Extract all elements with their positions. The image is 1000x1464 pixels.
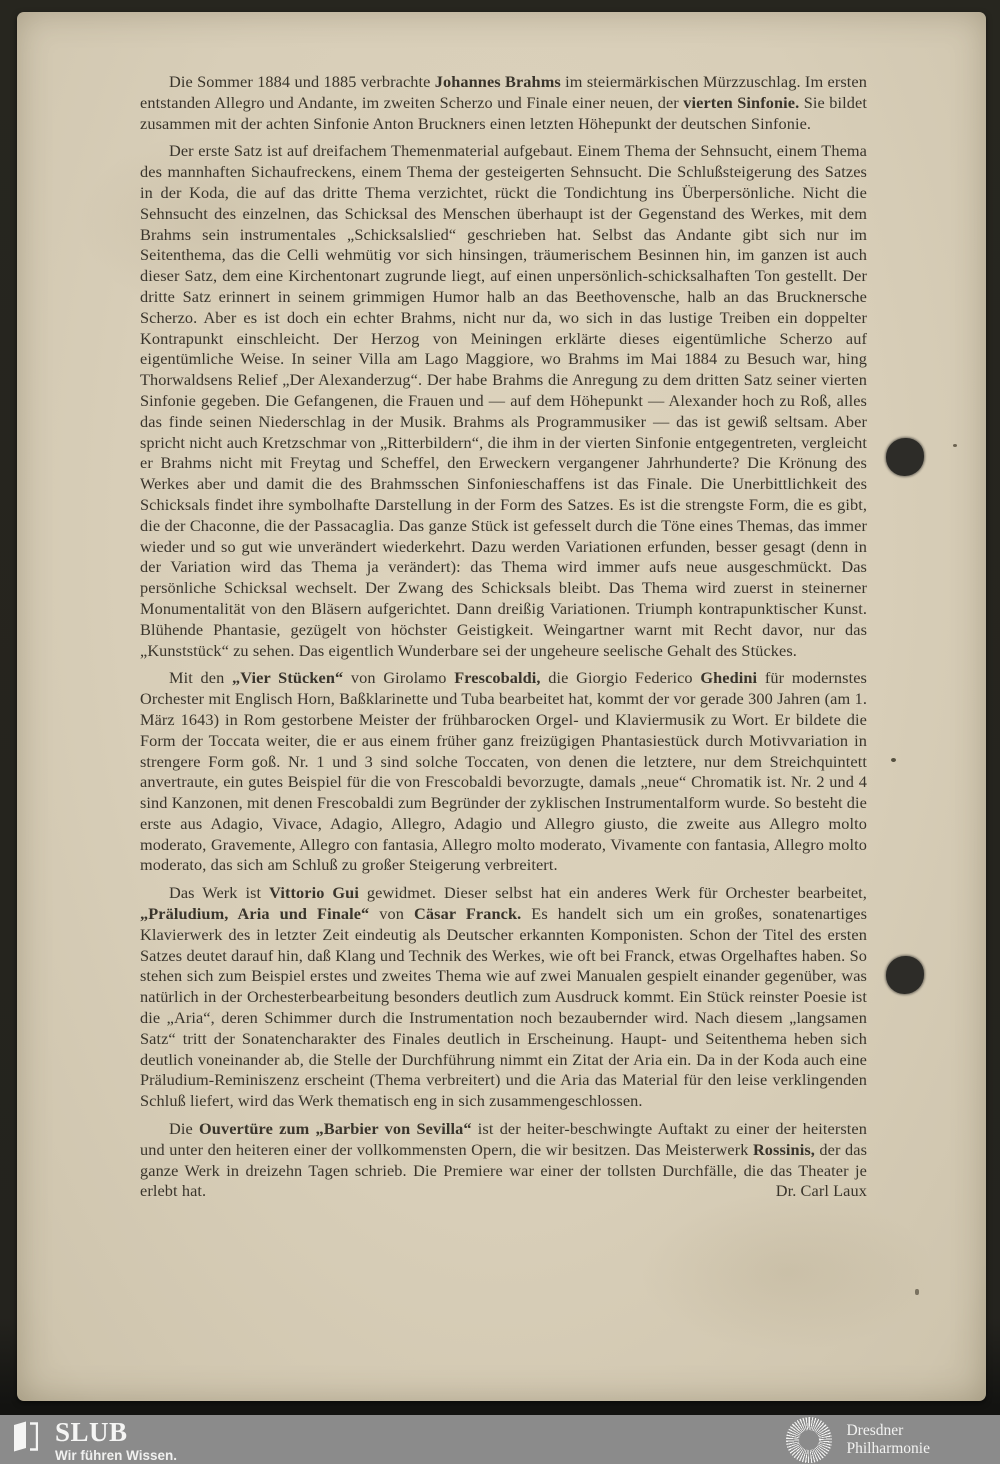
open-book-icon <box>13 1421 38 1452</box>
paragraph-2: Der erste Satz ist auf dreifachem Themen… <box>140 141 867 661</box>
dresdner-philharmonie-logo: Dresdner Philharmonie <box>786 1415 988 1464</box>
punch-hole <box>886 438 924 476</box>
punch-hole <box>886 956 924 994</box>
slub-wordmark: SLUB <box>55 1419 177 1446</box>
paragraph-4: Das Werk ist Vittorio Gui gewidmet. Dies… <box>140 883 867 1112</box>
slub-tagline: Wir führen Wissen. <box>55 1448 177 1463</box>
paragraph-1: Die Sommer 1884 und 1885 verbrachte Joha… <box>140 72 867 134</box>
ink-speck <box>953 444 957 447</box>
document-page: Die Sommer 1884 und 1885 verbrachte Joha… <box>17 12 986 1401</box>
paragraph-3: Mit den „Vier Stücken“ von Girolamo Fres… <box>140 668 867 876</box>
phil-name-line1: Dresdner <box>846 1422 930 1440</box>
slub-logo: SLUB Wir führen Wissen. <box>13 1419 177 1463</box>
scanned-page-view: Die Sommer 1884 und 1885 verbrachte Joha… <box>0 0 1000 1464</box>
ink-speck <box>915 1289 919 1295</box>
ink-speck <box>891 758 896 762</box>
author-signature: Dr. Carl Laux <box>776 1181 867 1202</box>
paragraph-5: Die Ouvertüre zum „Barbier von Sevilla“ … <box>140 1119 867 1202</box>
paper-smudge <box>637 1192 937 1352</box>
viewer-footer-bar: SLUB Wir führen Wissen. Dresdner Philhar… <box>0 1415 1000 1464</box>
starburst-icon <box>786 1417 832 1463</box>
program-notes-text: Die Sommer 1884 und 1885 verbrachte Joha… <box>140 72 867 1202</box>
phil-name-line2: Philharmonie <box>846 1440 930 1458</box>
